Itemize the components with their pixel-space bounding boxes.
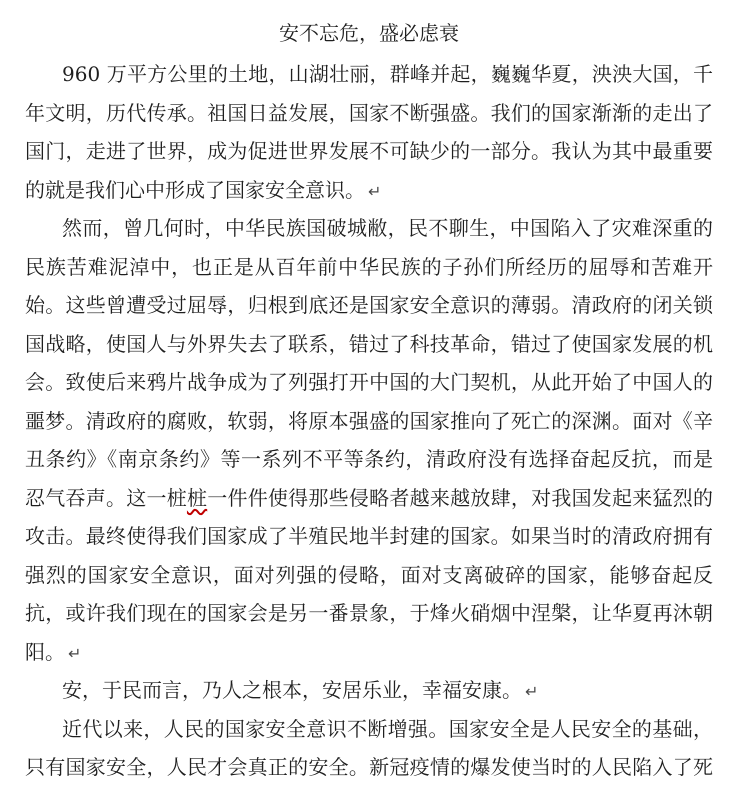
paragraph-mark-icon: ↵ <box>68 644 81 663</box>
text-segment: 一件件使得那些侵略者越来越放肆，对我国发起来猛烈的 <box>207 486 713 510</box>
word-document-page[interactable]: 安不忘危，盛必虑衰 960 万平方公里的土地，山湖壮丽，群峰并起，巍巍华夏，泱泱… <box>0 0 738 792</box>
text-line[interactable]: 然而，曾几何时，中华民族国破城敝，民不聊生，中国陷入了灾难深重的 <box>25 209 713 248</box>
text-line[interactable]: 国战略，使国人与外界失去了联系，错过了科技革命，错过了使国家发展的机 <box>25 325 713 364</box>
text-line[interactable]: 只有国家安全，人民才会真正的安全。新冠疫情的爆发使当时的人民陷入了死 <box>25 748 713 787</box>
text-line[interactable]: 阳。↵ <box>25 633 713 672</box>
text-line[interactable]: 的就是我们心中形成了国家安全意识。↵ <box>25 171 713 210</box>
text-line[interactable]: 强烈的国家安全意识，面对列强的侵略，面对支离破碎的国家，能够奋起反 <box>25 556 713 595</box>
text-line[interactable]: 丑条约》《南京条约》等一系列不平等条约，清政府没有选择奋起反抗，而是 <box>25 440 713 479</box>
spellcheck-flagged-word[interactable]: 桩 <box>187 486 207 510</box>
text-segment: 忍气吞声。这一桩 <box>25 486 187 510</box>
text-line[interactable]: 民族苦难泥淖中，也正是从百年前中华民族的子孙们所经历的屈辱和苦难开 <box>25 248 713 287</box>
text-line[interactable]: 噩梦。清政府的腐败，软弱，将原本强盛的国家推向了死亡的深渊。面对《辛 <box>25 402 713 441</box>
text-line[interactable]: 国门，走进了世界，成为促进世界发展不可缺少的一部分。我认为其中最重要 <box>25 132 713 171</box>
text-segment: 安，于民而言，乃人之根本，安居乐业，幸福安康。 <box>62 678 522 702</box>
text-segment: 阳。 <box>25 640 65 664</box>
text-line[interactable]: 年文明，历代传承。祖国日益发展，国家不断强盛。我们的国家渐渐的走出了 <box>25 94 713 133</box>
text-line[interactable]: 960 万平方公里的土地，山湖壮丽，群峰并起，巍巍华夏，泱泱大国，千 <box>25 55 713 94</box>
text-line[interactable]: 抗，或许我们现在的国家会是另一番景象，于烽火硝烟中涅槃，让华夏再沐朝 <box>25 594 713 633</box>
text-line[interactable]: 攻击。最终使得我们国家成了半殖民地半封建的国家。如果当时的清政府拥有 <box>25 517 713 556</box>
text-line[interactable]: 近代以来，人民的国家安全意识不断增强。国家安全是人民安全的基础， <box>25 710 713 749</box>
text-line[interactable]: 会。致使后来鸦片战争成为了列强打开中国的大门契机，从此开始了中国人的 <box>25 363 713 402</box>
paragraph-mark-icon: ↵ <box>525 682 538 701</box>
essay-title: 安不忘危，盛必虑衰 <box>25 12 713 55</box>
text-line[interactable]: 安，于民而言，乃人之根本，安居乐业，幸福安康。↵ <box>25 671 713 710</box>
paragraph-mark-icon: ↵ <box>368 182 381 201</box>
text-segment: 的就是我们心中形成了国家安全意识。 <box>25 178 365 202</box>
text-line[interactable]: 忍气吞声。这一桩桩一件件使得那些侵略者越来越放肆，对我国发起来猛烈的 <box>25 479 713 518</box>
text-line[interactable]: 始。这些曾遭受过屈辱，归根到底还是国家安全意识的薄弱。清政府的闭关锁 <box>25 286 713 325</box>
document-text-area[interactable]: 安不忘危，盛必虑衰 960 万平方公里的土地，山湖壮丽，群峰并起，巍巍华夏，泱泱… <box>25 12 713 787</box>
